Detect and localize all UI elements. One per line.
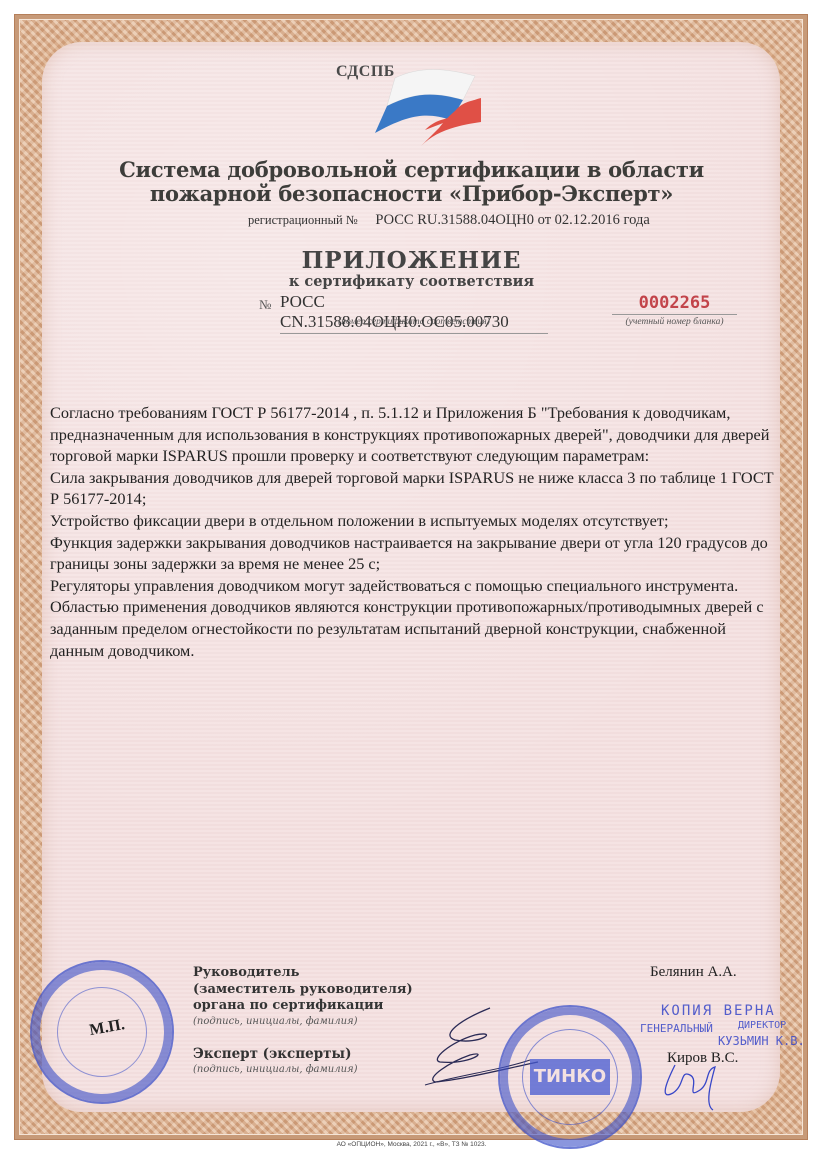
number-sign: № xyxy=(259,297,271,313)
head-role-line1: Руководитель xyxy=(193,965,413,982)
company-logo: ТИНКО xyxy=(530,1059,610,1095)
registration-value: РОСС RU.31588.04ОЦН0 от 02.12.2016 года xyxy=(375,212,649,228)
appendix-title: ПРИЛОЖЕНИЕ xyxy=(0,247,823,274)
certificate-body: Согласно требованиям ГОСТ Р 56177-2014 ,… xyxy=(50,402,780,661)
blank-number: 0002265 xyxy=(612,293,737,315)
copy-verified-role-part2: ДИРЕКТОР xyxy=(738,1020,786,1031)
certificate-number: РОСС CN.31588.04ОЦН0.ОС05.00730 xyxy=(280,292,548,334)
head-signature-block: Руководитель (заместитель руководителя) … xyxy=(193,965,413,1029)
body-paragraph: Сила закрывания доводчиков для дверей то… xyxy=(50,467,780,510)
certificate-number-caption: (номер сертификата соответствия) xyxy=(280,317,548,327)
head-role-line3: органа по сертификации xyxy=(193,998,413,1015)
body-paragraph: Областью применения доводчиков являются … xyxy=(50,596,780,661)
expert-role: Эксперт (эксперты) xyxy=(193,1046,358,1063)
body-paragraph: Согласно требованиям ГОСТ Р 56177-2014 ,… xyxy=(50,402,780,467)
system-title-line2: пожарной безопасности «Прибор-Эксперт» xyxy=(0,182,823,206)
expert-hint: (подпись, инициалы, фамилия) xyxy=(193,1063,358,1077)
expert-signature-block: Эксперт (эксперты) (подпись, инициалы, ф… xyxy=(193,1046,358,1077)
body-paragraph: Регуляторы управления доводчиком могут з… xyxy=(50,575,780,597)
copy-verified-name: КУЗЬМИН К.В. xyxy=(718,1034,805,1048)
blank-number-caption: (учетный номер бланка) xyxy=(612,317,737,327)
copy-verified-role-part1: ГЕНЕРАЛЬНЫЙ xyxy=(640,1022,713,1035)
registration-line: регистрационный № РОСС RU.31588.04ОЦН0 о… xyxy=(248,212,650,229)
head-hint: (подпись, инициалы, фамилия) xyxy=(193,1015,413,1029)
registration-label: регистрационный № xyxy=(248,213,358,227)
head-role-line2: (заместитель руководителя) xyxy=(193,982,413,999)
copy-verified-title: КОПИЯ ВЕРНА xyxy=(661,1003,776,1019)
body-paragraph: Устройство фиксации двери в отдельном по… xyxy=(50,510,780,532)
head-name: Белянин А.А. xyxy=(650,964,737,981)
appendix-subtitle: к сертификату соответствия xyxy=(0,273,823,290)
company-stamp: ТИНКО xyxy=(498,1005,642,1149)
body-paragraph: Функция задержки закрывания доводчиков н… xyxy=(50,532,780,575)
logo-abbreviation: СДСПБ xyxy=(336,63,395,81)
printer-footer: АО «ОПЦИОН», Москва, 2021 г., «В», ТЗ № … xyxy=(0,1141,823,1148)
system-title-line1: Система добровольной сертификации в обла… xyxy=(0,158,823,182)
director-signature-icon xyxy=(655,1055,725,1115)
